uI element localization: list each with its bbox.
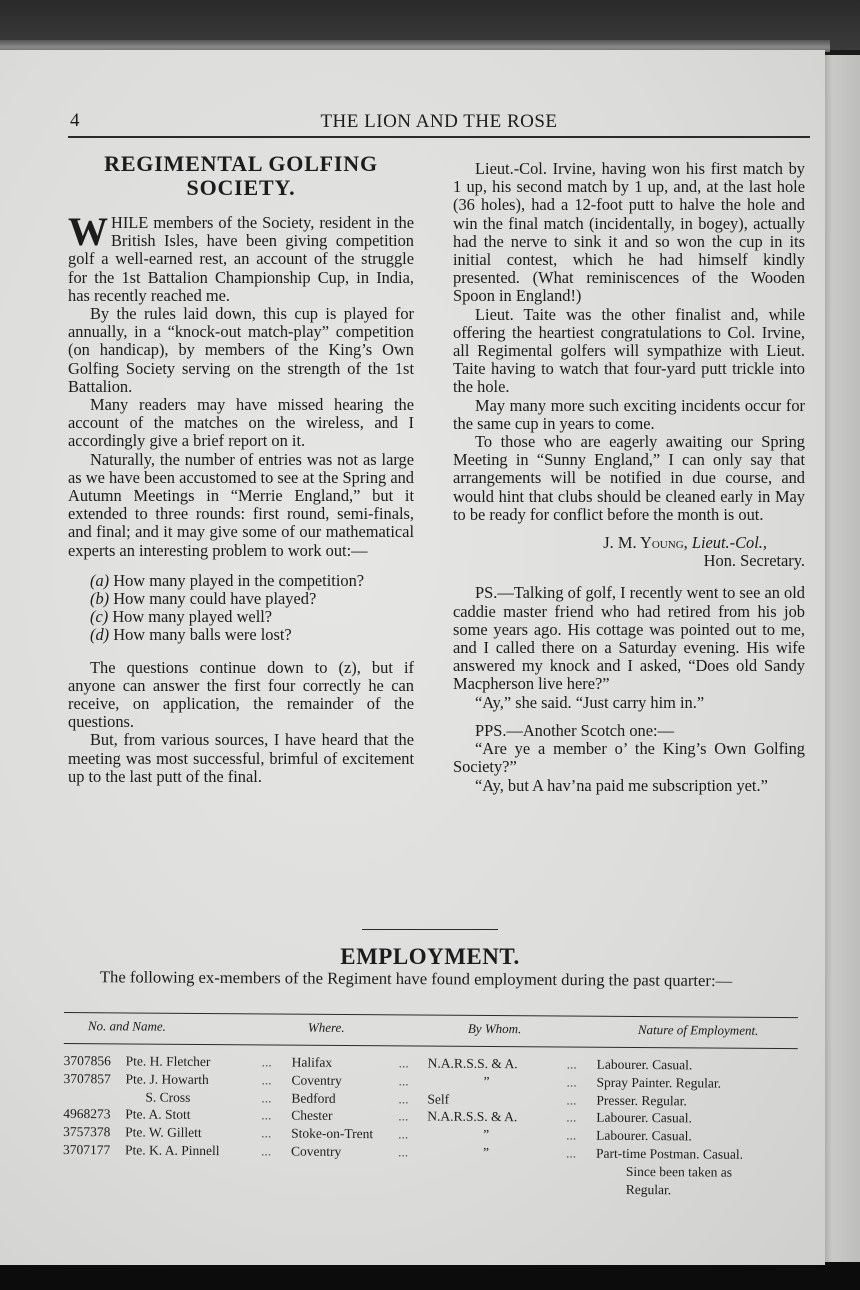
employer: ” bbox=[483, 1144, 489, 1162]
paragraph: Many readers may have missed hearing the… bbox=[68, 396, 414, 451]
leader-dots: ... bbox=[566, 1073, 576, 1091]
employer: N.A.R.S.S. & A. bbox=[427, 1108, 517, 1126]
paragraph: Lieut.-Col. Irvine, having won his first… bbox=[453, 160, 805, 306]
member-name: Pte. A. Stott bbox=[125, 1106, 190, 1124]
signatory-name: J. M. Young, bbox=[603, 533, 687, 552]
service-number: 3707857 bbox=[63, 1070, 110, 1088]
question-list: (a) How many played in the competition? … bbox=[68, 572, 414, 645]
table-header: No. and Name. Where. By Whom. Nature of … bbox=[64, 1013, 798, 1048]
spacer bbox=[453, 570, 805, 584]
employment-nature-continued: Regular. bbox=[626, 1181, 671, 1199]
column-header: No. and Name. bbox=[88, 1018, 166, 1035]
paragraph: To those who are eagerly awaiting our Sp… bbox=[453, 433, 805, 524]
question-text: How many balls were lost? bbox=[113, 625, 291, 644]
question-label: (d) bbox=[90, 625, 109, 644]
question-text: How many played well? bbox=[112, 607, 272, 626]
service-number: 4968273 bbox=[63, 1105, 110, 1123]
member-name: Pte. J. Howarth bbox=[125, 1070, 208, 1088]
running-header: 4 THE LION AND THE ROSE bbox=[68, 110, 810, 138]
employment-location: Chester bbox=[291, 1107, 332, 1125]
question-label: (c) bbox=[90, 607, 108, 626]
employment-nature-continued: Since been taken as bbox=[626, 1163, 732, 1182]
employment-nature: Spray Painter. Regular. bbox=[596, 1074, 721, 1093]
paragraph: May many more such exciting incidents oc… bbox=[453, 397, 805, 433]
leader-dots: ... bbox=[566, 1091, 576, 1109]
paragraph: Naturally, the number of entries was not… bbox=[68, 451, 414, 560]
postscript-reply: “Ay,” she said. “Just carry him in.” bbox=[453, 694, 805, 712]
question-label: (b) bbox=[90, 589, 109, 608]
signature-line: J. M. Young, Lieut.-Col., bbox=[453, 534, 805, 552]
question-item: (b) How many could have played? bbox=[68, 590, 414, 608]
employer: ” bbox=[483, 1126, 489, 1144]
column-header: Nature of Employment. bbox=[638, 1022, 759, 1039]
paragraph: By the rules laid down, this cup is play… bbox=[68, 305, 414, 396]
column-header: By Whom. bbox=[468, 1021, 522, 1037]
golf-article-title: REGIMENTAL GOLFING SOCIETY. bbox=[68, 152, 414, 200]
employment-table: No. and Name. Where. By Whom. Nature of … bbox=[63, 1012, 798, 1199]
signatory-rank: Lieut.-Col., bbox=[692, 533, 767, 552]
post-postscript-question: “Are ye a member o’ the King’s Own Golfi… bbox=[453, 740, 805, 776]
service-number: 3757378 bbox=[63, 1123, 110, 1141]
golf-article-right-column: Lieut.-Col. Irvine, having won his first… bbox=[453, 160, 805, 795]
section-divider bbox=[362, 929, 498, 930]
scan-background-bottom bbox=[0, 1262, 860, 1290]
leader-dots: ... bbox=[399, 1054, 409, 1072]
employment-location: Stoke-on-Trent bbox=[291, 1125, 373, 1143]
signatory-title: Hon. Secretary. bbox=[453, 552, 805, 570]
leader-dots: ... bbox=[261, 1071, 271, 1089]
leader-dots: ... bbox=[261, 1125, 271, 1143]
member-name: Pte. K. A. Pinnell bbox=[125, 1141, 220, 1159]
employment-location: Halifax bbox=[292, 1054, 333, 1072]
title-line-2: SOCIETY. bbox=[68, 176, 414, 200]
leader-dots: ... bbox=[261, 1142, 271, 1160]
publication-title: THE LION AND THE ROSE bbox=[68, 111, 810, 133]
leader-dots: ... bbox=[567, 1056, 577, 1074]
employer: ” bbox=[483, 1073, 489, 1091]
employer: Self bbox=[427, 1090, 449, 1108]
question-label: (a) bbox=[90, 571, 109, 590]
drop-cap: W bbox=[68, 216, 108, 248]
service-number: 3707177 bbox=[63, 1141, 110, 1159]
employment-nature: Part-time Postman. Casual. bbox=[596, 1145, 743, 1164]
post-postscript-answer: “Ay, but A hav’na paid me subscription y… bbox=[453, 777, 805, 795]
post-postscript: PPS.—Another Scotch one:— bbox=[453, 722, 805, 740]
member-name: S. Cross bbox=[145, 1088, 190, 1106]
employment-title: EMPLOYMENT. bbox=[0, 944, 860, 970]
employment-nature: Labourer. Casual. bbox=[596, 1127, 692, 1145]
question-text: How many played in the competition? bbox=[113, 571, 364, 590]
service-number: 3707856 bbox=[64, 1052, 111, 1070]
question-item: (c) How many played well? bbox=[68, 608, 414, 626]
employer: N.A.R.S.S. & A. bbox=[428, 1055, 518, 1073]
leader-dots: ... bbox=[261, 1107, 271, 1125]
leader-dots: ... bbox=[398, 1143, 408, 1161]
leader-dots: ... bbox=[398, 1072, 408, 1090]
paragraph-text: HILE members of the Society, resident in… bbox=[68, 213, 414, 305]
employment-nature: Presser. Regular. bbox=[596, 1091, 686, 1109]
leader-dots: ... bbox=[398, 1126, 408, 1144]
question-item: (d) How many balls were lost? bbox=[68, 626, 414, 644]
question-item: (a) How many played in the competition? bbox=[68, 572, 414, 590]
employment-nature: Labourer. Casual. bbox=[596, 1109, 692, 1127]
signature-block: J. M. Young, Lieut.-Col., Hon. Secretary… bbox=[453, 534, 805, 570]
paragraph: The questions continue down to (z), but … bbox=[68, 659, 414, 732]
table-body: 3707856Pte. H. Fletcher...Halifax...N.A.… bbox=[63, 1052, 798, 1199]
member-name: Pte. W. Gillett bbox=[125, 1124, 202, 1142]
paragraph-intro: WHILE members of the Society, resident i… bbox=[68, 214, 414, 305]
employment-nature: Labourer. Casual. bbox=[597, 1056, 693, 1074]
adjacent-page-edge bbox=[820, 55, 860, 1280]
title-line-1: REGIMENTAL GOLFING bbox=[68, 152, 414, 176]
employment-location: Bedford bbox=[291, 1089, 335, 1107]
leader-dots: ... bbox=[566, 1144, 576, 1162]
leader-dots: ... bbox=[261, 1089, 271, 1107]
column-header: Where. bbox=[308, 1020, 345, 1036]
member-name: Pte. H. Fletcher bbox=[126, 1052, 211, 1070]
leader-dots: ... bbox=[566, 1127, 576, 1145]
leader-dots: ... bbox=[262, 1053, 272, 1071]
question-text: How many could have played? bbox=[113, 589, 316, 608]
employment-location: Coventry bbox=[291, 1071, 341, 1089]
paragraph: Lieut. Taite was the other finalist and,… bbox=[453, 306, 805, 397]
leader-dots: ... bbox=[398, 1090, 408, 1108]
golf-article-left-column: REGIMENTAL GOLFING SOCIETY. WHILE member… bbox=[68, 152, 414, 786]
employment-location: Coventry bbox=[291, 1143, 341, 1161]
leader-dots: ... bbox=[566, 1109, 576, 1127]
paragraph: But, from various sources, I have heard … bbox=[68, 731, 414, 786]
leader-dots: ... bbox=[398, 1108, 408, 1126]
postscript: PS.—Talking of golf, I recently went to … bbox=[453, 584, 805, 693]
